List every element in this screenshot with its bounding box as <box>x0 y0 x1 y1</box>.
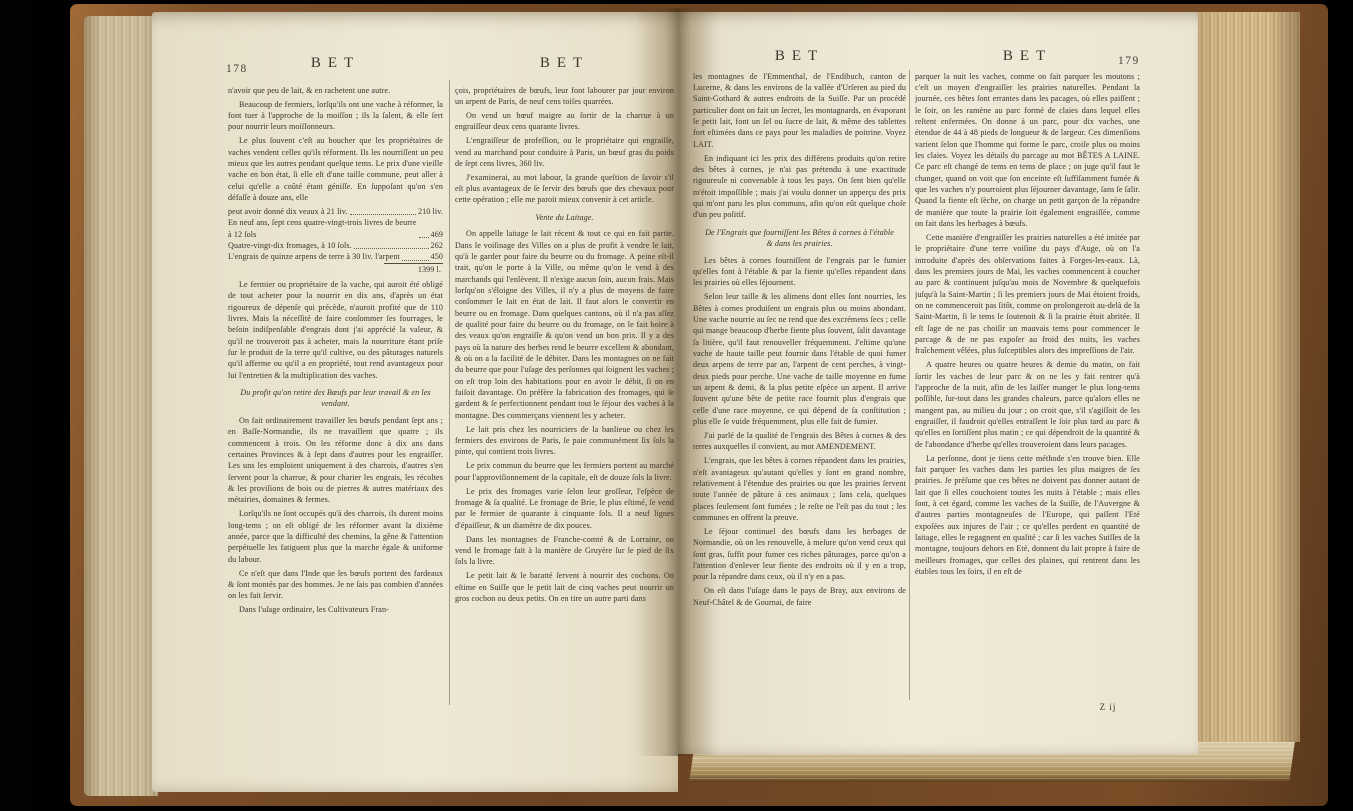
paragraph: Cette manière d'engraiſſer les prairies … <box>915 232 1140 357</box>
section-heading: De l'Engrais que fourniſſent les Bêtes à… <box>703 227 896 250</box>
paragraph: L'engraiſſeur de profeſſion, ou le propr… <box>455 135 674 169</box>
dot-leader <box>354 248 429 249</box>
running-title: BET <box>455 55 674 72</box>
gathering-signature: Z ij <box>1058 702 1158 712</box>
paragraph: En indiquant ici les prix des différens … <box>693 153 906 221</box>
account-amount: 450 <box>431 251 443 262</box>
paragraph: J'ai parlé de la qualité de l'engrais de… <box>693 430 906 453</box>
section-heading: Vente du Laitage. <box>465 212 664 224</box>
paragraph: On vend un bœuf maigre au ſortir de la c… <box>455 110 674 133</box>
section-heading: Du profit qu'on retire des Bœufs par leu… <box>238 387 433 410</box>
dot-leader <box>402 260 429 261</box>
paragraph: Dans les montagnes de Franche-comté & de… <box>455 534 674 568</box>
paragraph: çois, propriétaires de bœufs, leur font … <box>455 85 674 108</box>
account-amount: 210 liv. <box>418 206 443 217</box>
account-line: Quatre-vingt-dix fromages, à 10 ſols.262 <box>228 240 443 251</box>
paragraph: Le fermier ou propriétaire de la vache, … <box>228 279 443 381</box>
right-fore-edge-pages <box>1196 12 1300 742</box>
paragraph: Le lait pris chez les nourriciers de la … <box>455 424 674 458</box>
paragraph: les montagnes de l'Emmenthal, de l'Endib… <box>693 71 906 150</box>
paragraph: parquer la nuit les vaches, comme on fai… <box>915 71 1140 230</box>
right-page-column-2: parquer la nuit les vaches, comme on fai… <box>915 68 1140 708</box>
dot-leader <box>350 214 416 215</box>
book: 178 BET BET n'avoir que peu de lait, & e… <box>70 4 1328 806</box>
account-amount: 469 <box>431 229 443 240</box>
paragraph: Ce n'eſt que dans l'Inde que les bœufs p… <box>228 568 443 602</box>
account-amount: 262 <box>431 240 443 251</box>
page-number-right: 179 <box>1118 55 1140 67</box>
account-line: L'engrais de quinze arpens de terre à 30… <box>228 251 443 262</box>
paragraph: Dans l'uſage ordinaire, les Cultivateurs… <box>228 604 443 615</box>
right-page-column-1: les montagnes de l'Emmenthal, de l'Endib… <box>693 68 906 708</box>
account-line: En neuf ans, ſept cens quatre-vingt-troi… <box>228 217 443 240</box>
left-page-column-1: n'avoir que peu de lait, & en rachetent … <box>228 82 443 714</box>
paragraph: On appelle laitage le lait récent & tout… <box>455 228 674 421</box>
paragraph: La perſonne, dont je tiens cette méthode… <box>915 453 1140 578</box>
running-title: BET <box>915 48 1140 65</box>
paragraph: Le prix des fromages varie ſelon leur gr… <box>455 486 674 531</box>
paragraph: Les bêtes à cornes fourniſſent de l'engr… <box>693 255 906 289</box>
running-title: BET <box>693 48 906 65</box>
paragraph: Le plus ſouvent c'eſt au boucher que les… <box>228 135 443 203</box>
paragraph: On eſt dans l'uſage dans le pays de Bray… <box>693 585 906 608</box>
column-rule <box>909 70 910 700</box>
left-fore-edge-pages <box>84 16 158 796</box>
running-title: BET <box>228 55 443 72</box>
account-line: peut avoir donné dix veaux à 21 liv.210 … <box>228 206 443 217</box>
paragraph: A quatre heures ou quatre heures & demie… <box>915 359 1140 450</box>
column-rule <box>449 80 450 705</box>
paragraph: On fait ordinairement travailler les bœu… <box>228 415 443 506</box>
dot-leader <box>419 237 429 238</box>
paragraph: J'examinerai, au mot labour, la grande q… <box>455 172 674 206</box>
photo-of-open-book: { "palette":{ "background":"#020202", "l… <box>0 0 1353 811</box>
paragraph: Le petit lait & le baratté ſervent à nou… <box>455 570 674 604</box>
left-page: 178 BET BET n'avoir que peu de lait, & e… <box>152 12 678 792</box>
paragraph: Lorſqu'ils ne ſont occupés qu'à des char… <box>228 508 443 565</box>
account-total: 1399 l. <box>228 264 443 275</box>
paragraph: Beaucoup de fermiers, lorſqu'ils ont une… <box>228 99 443 133</box>
right-page: BET BET 179 les montagnes de l'Emmenthal… <box>678 12 1198 754</box>
paragraph: Le ſéjour continuel des bœufs dans les h… <box>693 526 906 583</box>
paragraph: L'engrais, que les bêtes à cornes répand… <box>693 455 906 523</box>
paragraph: Selon leur taille & les alimens dont ell… <box>693 291 906 427</box>
left-page-column-2: çois, propriétaires de bœufs, leur font … <box>455 82 674 714</box>
paragraph: Le prix commun du beurre que les fermier… <box>455 460 674 483</box>
paragraph: n'avoir que peu de lait, & en rachetent … <box>228 85 443 96</box>
